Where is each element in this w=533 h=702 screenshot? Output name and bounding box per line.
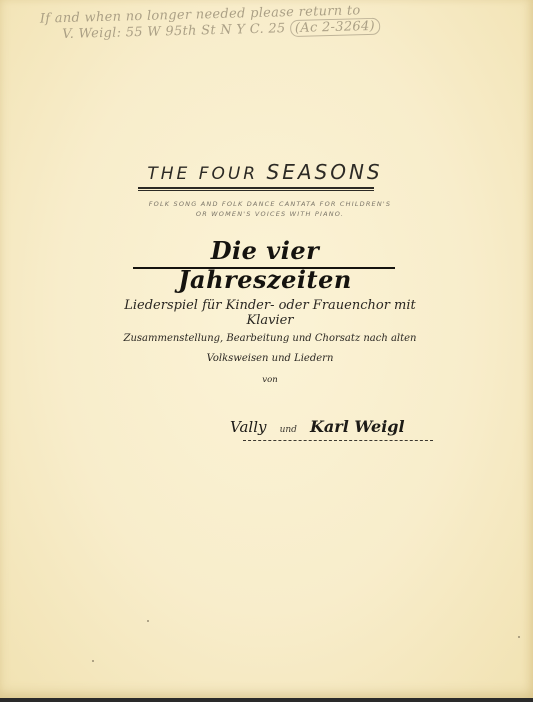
author-second: Karl Weigl <box>310 417 405 436</box>
english-title: THE FOUR SEASONS <box>130 160 400 184</box>
paper-speck <box>518 636 520 638</box>
english-subtitle-line-2: OR WOMEN'S VOICES WITH PIANO. <box>120 209 420 219</box>
german-title-underline <box>133 267 395 269</box>
english-title-emphasis: SEASONS <box>267 160 383 184</box>
german-title: Die vier Jahreszeiten <box>125 236 405 294</box>
return-phone: (Ac 2-3264) <box>290 18 380 37</box>
english-subtitle-line-1: FOLK SONG AND FOLK DANCE CANTATA FOR CHI… <box>120 199 420 209</box>
paper-speck <box>147 620 149 622</box>
authors-underline <box>243 440 433 441</box>
author-conjunction: und <box>280 425 297 435</box>
description-line-3: Volksweisen und Liedern <box>100 353 440 364</box>
handwritten-return-note: If and when no longer needed please retu… <box>40 0 471 43</box>
english-title-underline <box>138 187 374 191</box>
english-title-prefix: THE FOUR <box>147 164 266 184</box>
description-line-1: Liederspiel für Kinder- oder Frauenchor … <box>100 298 440 328</box>
author-first: Vally <box>230 418 266 436</box>
authors: Vally und Karl Weigl <box>230 417 440 436</box>
paper-speck <box>92 660 94 662</box>
description-line-2: Zusammenstellung, Bearbeitung und Chorsa… <box>100 333 440 344</box>
scan-bottom-edge <box>0 698 533 702</box>
english-subtitle: FOLK SONG AND FOLK DANCE CANTATA FOR CHI… <box>120 199 420 219</box>
score-title-page: If and when no longer needed please retu… <box>0 0 533 698</box>
description-line-4: von <box>100 375 440 385</box>
